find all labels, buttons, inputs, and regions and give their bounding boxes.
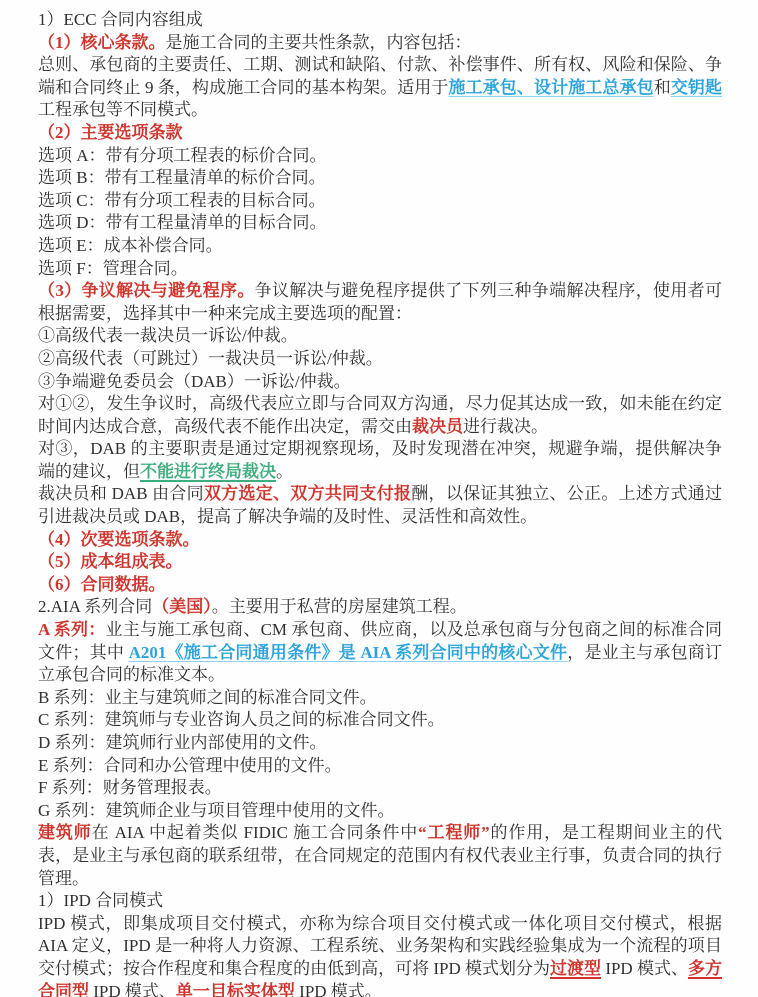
document-page: 1）ECC 合同内容组成（1）核心条款。是施工合同的主要共性条款，内容包括：总则…	[0, 0, 758, 997]
paragraph: 选项 B：带有工程量清单的标价合同。	[38, 167, 722, 190]
text-segment: （4）次要选项条款。	[38, 530, 200, 549]
paragraph: 对①②，发生争议时，高级代表应立即与合同双方沟通，尽力促其达成一致，如未能在约定…	[38, 393, 722, 438]
text-segment: 双方选定、双方共同支付报	[204, 484, 411, 503]
text-segment: “工程师”	[418, 823, 490, 842]
text-segment: G 系列：建筑师企业与项目管理中使用的文件。	[38, 801, 395, 820]
text-segment: B 系列：业主与建筑师之间的标准合同文件。	[38, 688, 377, 707]
text-segment: 不能进行终局裁决	[140, 462, 276, 481]
paragraph: 2.AIA 系列合同（美国）。主要用于私营的房屋建筑工程。	[38, 596, 722, 619]
paragraph: 选项 C：带有分项工程表的目标合同。	[38, 190, 722, 213]
paragraph: 建筑师在 AIA 中起着类似 FIDIC 施工合同条件中“工程师”的作用，是工程…	[38, 822, 722, 890]
text-segment: （6）合同数据。	[38, 575, 166, 594]
text-segment: F 系列：财务管理报表。	[38, 778, 222, 797]
text-segment: 选项 F：管理合同。	[38, 259, 188, 278]
paragraph: F 系列：财务管理报表。	[38, 777, 722, 800]
text-segment: ③争端避免委员会（DAB）一诉讼/仲裁。	[38, 372, 351, 391]
text-segment: ②高级代表（可跳过）一裁决员一诉讼/仲裁。	[38, 349, 383, 368]
paragraph: B 系列：业主与建筑师之间的标准合同文件。	[38, 687, 722, 710]
text-segment: 对①②，发生争议时，高级代表应立即与合同双方沟通，尽力促其达成一致，如未能在约定…	[38, 394, 722, 436]
paragraph: 对③，DAB 的主要职责是通过定期视察现场，及时发现潜在冲突，规避争端，提供解决…	[38, 438, 722, 483]
text-segment: （5）成本组成表。	[38, 552, 183, 571]
text-segment: 选项 D：带有工程量清单的目标合同。	[38, 213, 327, 232]
paragraph: （4）次要选项条款。	[38, 529, 722, 552]
paragraph: （5）成本组成表。	[38, 551, 722, 574]
text-segment: C 系列：建筑师与专业咨询人员之间的标准合同文件。	[38, 710, 445, 729]
text-segment: （2）主要选项条款	[38, 123, 183, 142]
text-segment: 建筑师	[38, 823, 92, 842]
text-segment: ①高级代表一裁决员一诉讼/仲裁。	[38, 326, 298, 345]
text-segment: A 系列：	[38, 620, 106, 639]
text-segment: 选项 E：成本补偿合同。	[38, 236, 223, 255]
text-segment: 裁决员	[412, 417, 463, 436]
text-segment: 施工承包、设计施工总承包	[449, 78, 654, 97]
text-segment: 是施工合同的主要共性条款，内容包括：	[166, 33, 472, 52]
text-segment: （3）争议解决与避免程序。	[38, 281, 255, 300]
paragraph: 1）ECC 合同内容组成	[38, 9, 722, 32]
text-segment: E 系列：合同和办公管理中使用的文件。	[38, 756, 342, 775]
text-segment: 交钥匙	[671, 78, 722, 97]
text-segment: 。	[276, 462, 293, 481]
paragraph: ②高级代表（可跳过）一裁决员一诉讼/仲裁。	[38, 348, 722, 371]
paragraph: ③争端避免委员会（DAB）一诉讼/仲裁。	[38, 371, 722, 394]
paragraph: C 系列：建筑师与专业咨询人员之间的标准合同文件。	[38, 709, 722, 732]
text-segment: A201《施工合同通用条件》是 AIA 系列合同中的核心文件	[129, 643, 568, 662]
text-segment: 选项 A：带有分项工程表的标价合同。	[38, 146, 327, 165]
paragraph: 选项 D：带有工程量清单的目标合同。	[38, 212, 722, 235]
text-segment: 选项 C：带有分项工程表的目标合同。	[38, 191, 326, 210]
text-segment: 工程承包等不同模式。	[38, 100, 208, 119]
paragraph: 选项 E：成本补偿合同。	[38, 235, 722, 258]
paragraph: G 系列：建筑师企业与项目管理中使用的文件。	[38, 800, 722, 823]
paragraph: 总则、承包商的主要责任、工期、测试和缺陷、付款、补偿事件、所有权、风险和保险、争…	[38, 54, 722, 122]
paragraph: （1）核心条款。是施工合同的主要共性条款，内容包括：	[38, 32, 722, 55]
text-segment: 2.AIA 系列合同	[38, 597, 152, 616]
text-segment: 1）ECC 合同内容组成	[38, 10, 203, 29]
paragraph: IPD 模式，即集成项目交付模式，亦称为综合项目交付模式或一体化项目交付模式，根…	[38, 913, 722, 997]
text-segment: 选项 B：带有工程量清单的标价合同。	[38, 168, 326, 187]
text-segment: 进行裁决。	[463, 417, 548, 436]
paragraph: （6）合同数据。	[38, 574, 722, 597]
paragraph: 选项 A：带有分项工程表的标价合同。	[38, 145, 722, 168]
paragraph: D 系列：建筑师行业内部使用的文件。	[38, 732, 722, 755]
text-segment: （1）核心条款。	[38, 33, 166, 52]
paragraph: （2）主要选项条款	[38, 122, 722, 145]
paragraph: 1）IPD 合同模式	[38, 890, 722, 913]
paragraph: 裁决员和 DAB 由合同双方选定、双方共同支付报酬，以保证其独立、公正。上述方式…	[38, 483, 722, 528]
text-segment: 裁决员和 DAB 由合同	[38, 484, 204, 503]
text-segment: IPD 模式、	[89, 982, 176, 997]
text-segment: D 系列：建筑师行业内部使用的文件。	[38, 733, 327, 752]
text-segment: 。主要用于私营的房屋建筑工程。	[212, 597, 467, 616]
paragraph: A 系列：业主与施工承包商、CM 承包商、供应商，以及总承包商与分包商之间的标准…	[38, 619, 722, 687]
text-segment: （美国）	[152, 597, 212, 616]
text-segment: IPD 模式。	[295, 982, 382, 997]
paragraph: （3）争议解决与避免程序。争议解决与避免程序提供了下列三种争端解决程序，使用者可…	[38, 280, 722, 325]
text-segment: 单一目标实体型	[176, 982, 295, 997]
paragraph: E 系列：合同和办公管理中使用的文件。	[38, 755, 722, 778]
text-segment: 在 AIA 中起着类似 FIDIC 施工合同条件中	[92, 823, 419, 842]
paragraph: ①高级代表一裁决员一诉讼/仲裁。	[38, 325, 722, 348]
text-segment: 1）IPD 合同模式	[38, 891, 163, 910]
paragraph: 选项 F：管理合同。	[38, 258, 722, 281]
text-segment: 过渡型	[550, 959, 601, 978]
text-segment: IPD 模式、	[601, 959, 688, 978]
text-segment: 和	[654, 78, 671, 97]
